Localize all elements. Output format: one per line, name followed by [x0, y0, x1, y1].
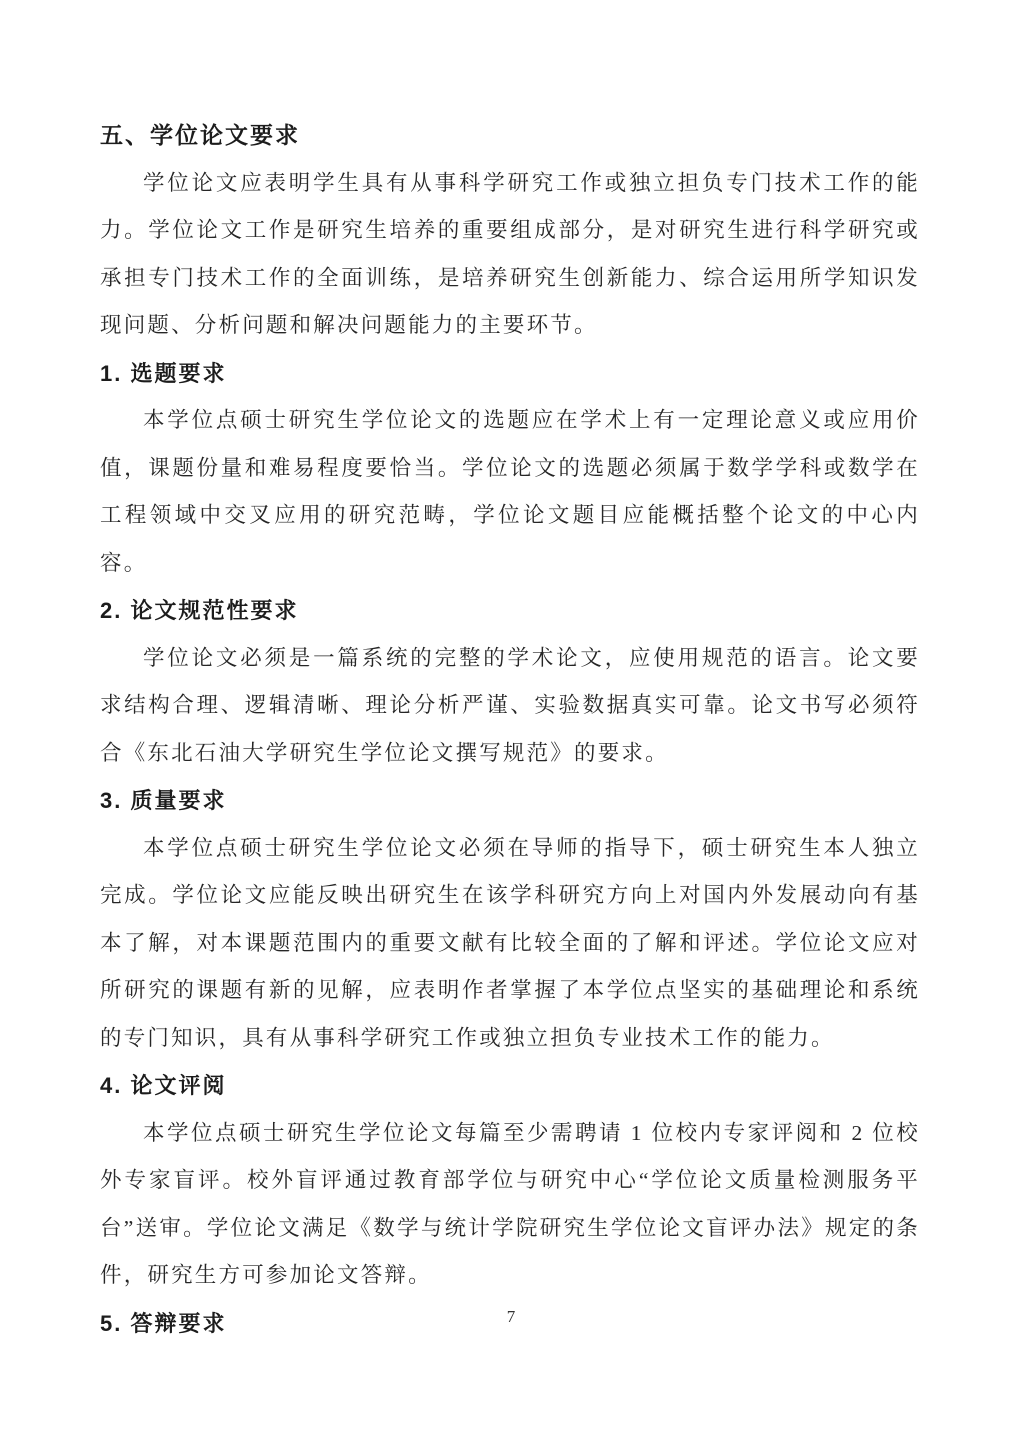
intro-paragraph: 学位论文应表明学生具有从事科学研究工作或独立担负专门技术工作的能力。学位论文工作…	[100, 160, 920, 350]
document-title: 五、学位论文要求	[100, 112, 920, 160]
page-number: 7	[0, 1305, 1022, 1329]
section-heading-thesis-review: 4. 论文评阅	[100, 1062, 920, 1110]
section-body-thesis-review: 本学位点硕士研究生学位论文每篇至少需聘请 1 位校内专家评阅和 2 位校外专家盲…	[100, 1110, 920, 1300]
section-body-topic-requirements: 本学位点硕士研究生学位论文的选题应在学术上有一定理论意义或应用价值，课题份量和难…	[100, 397, 920, 587]
section-heading-topic-requirements: 1. 选题要求	[100, 350, 920, 398]
section-body-quality-requirements: 本学位点硕士研究生学位论文必须在导师的指导下，硕士研究生本人独立完成。学位论文应…	[100, 825, 920, 1063]
document-page: 五、学位论文要求 学位论文应表明学生具有从事科学研究工作或独立担负专门技术工作的…	[0, 0, 1022, 1433]
document-content: 五、学位论文要求 学位论文应表明学生具有从事科学研究工作或独立担负专门技术工作的…	[100, 112, 920, 1347]
section-body-standard-requirements: 学位论文必须是一篇系统的完整的学术论文，应使用规范的语言。论文要求结构合理、逻辑…	[100, 635, 920, 778]
section-heading-standard-requirements: 2. 论文规范性要求	[100, 587, 920, 635]
section-heading-quality-requirements: 3. 质量要求	[100, 777, 920, 825]
